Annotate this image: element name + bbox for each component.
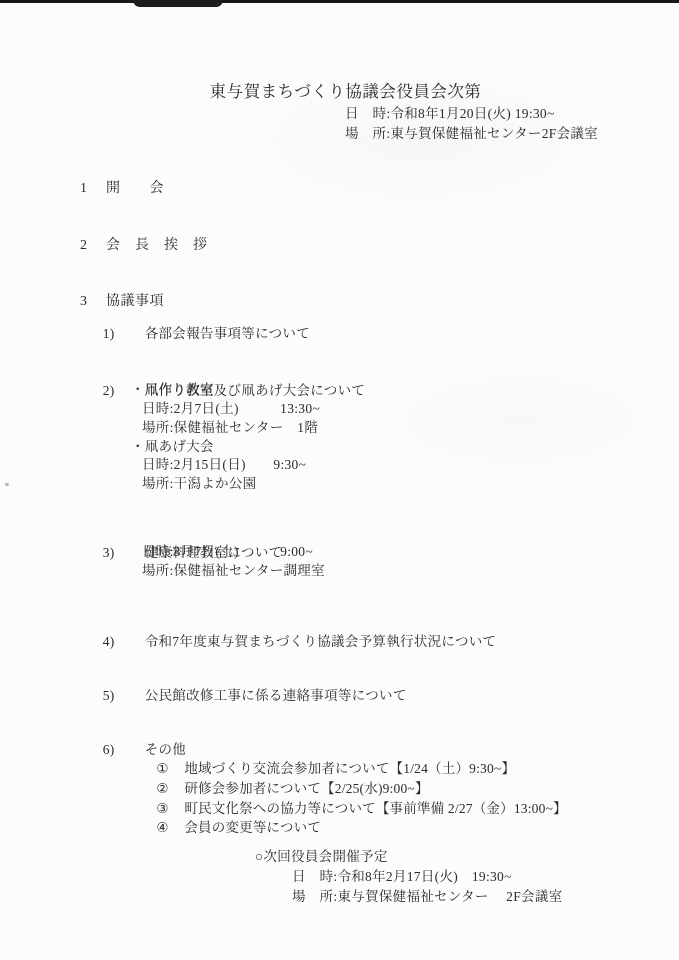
agenda-item-number: 1) [103,326,145,342]
agenda-item-label: 令和7年度東与賀まちづくり協議会予算執行状況について [145,634,497,649]
agenda-item-number: 5) [103,688,145,704]
scanned-agenda-page: 東与賀まちづくり協議会役員会次第 日 時:令和8年1月20日(火) 19:30~… [0,0,679,960]
section-number: 2 [80,238,106,254]
subitem-4: ④会員の変更等について [142,800,321,852]
section-label: 開 会 [106,181,164,196]
scan-edge-artifact [0,0,679,3]
meeting-location: 場 所:東与賀保健福祉センター2F会議室 [345,126,598,142]
section-2-greeting: 2会 長 挨 拶 [64,218,208,270]
agenda-item-number: 6) [103,742,145,758]
section-label: 会 長 挨 拶 [106,238,208,253]
agenda-item-1: 1)各部会報告事項等について [88,306,310,358]
page-title: 東与賀まちづくり協議会役員会次第 [0,78,679,102]
next-meeting-datetime: 日 時:令和8年2月17日(火) 19:30~ [292,869,512,885]
detail-cooking-class-datetime: 日時:3月7日(土) 9:00~ [142,544,313,560]
detail-kite-contest-bullet: ・凧あげ大会 [131,439,214,455]
scan-edge-bump-artifact [133,0,223,7]
section-1-opening: 1開 会 [64,161,164,213]
agenda-item-label: 各部会報告事項等について [145,326,310,341]
circled-number: ④ [156,820,184,836]
subitem-label: 会員の変更等について [184,820,321,835]
next-meeting-location: 場 所:東与賀保健福祉センター 2F会議室 [292,889,562,905]
agenda-item-5: 5)公民館改修工事に係る連絡事項等について [88,668,407,720]
meeting-datetime: 日 時:令和8年1月20日(火) 19:30~ [345,106,555,122]
detail-kite-class-datetime: 日時:2月7日(土) 13:30~ [142,401,320,417]
detail-kite-class-location: 場所:保健福祉センター 1階 [142,420,318,436]
detail-kite-contest-location: 場所:干潟よか公園 [142,476,256,492]
detail-kite-class-bullet: ・凧作り教室 [131,382,214,398]
scan-speck-artifact [5,483,9,486]
agenda-item-number: 3) [103,545,145,561]
agenda-item-label: 公民館改修工事に係る連絡事項等について [145,688,407,703]
next-meeting-heading: ○次回役員会開催予定 [255,849,388,865]
section-number: 1 [80,181,106,197]
detail-kite-contest-datetime: 日時:2月15日(日) 9:30~ [142,457,306,473]
agenda-item-number: 4) [103,634,145,650]
agenda-item-4: 4)令和7年度東与賀まちづくり協議会予算執行状況について [88,614,496,666]
detail-cooking-class-location: 場所:保健福祉センター調理室 [142,563,325,579]
